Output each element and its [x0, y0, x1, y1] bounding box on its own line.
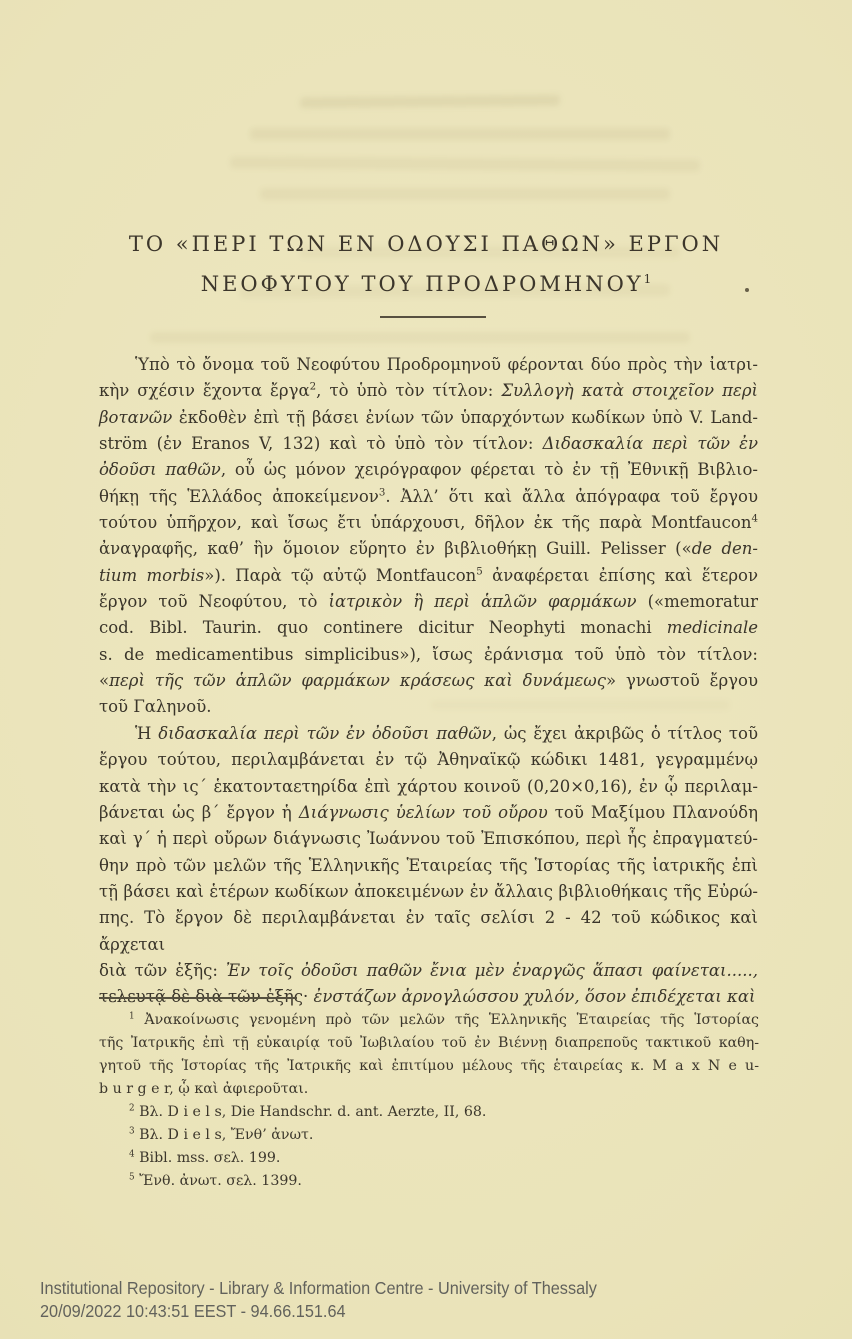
text-line: διὰ τῶν ἑξῆς: Ἐν τοῖς ὀδοῦσι παθῶν ἔνια …: [99, 958, 758, 984]
text-line: βοτανῶν ἐκδοθὲν ἐπὶ τῇ βάσει ἐνίων τῶν ὑ…: [99, 405, 758, 431]
text-line: ἀναγραφῆς, καθ’ ἣν ὅμοιον εὕρητο ἐν βιβλ…: [99, 536, 758, 562]
text-line: «περὶ τῆς τῶν ἁπλῶν φαρμάκων κράσεως καὶ…: [99, 668, 758, 694]
text-line: Ὑπὸ τὸ ὄνομα τοῦ Νεοφύτου Προδρομηνοῦ φέ…: [99, 352, 758, 378]
text-line: τῆς Ἰατρικῆς ἐπὶ τῇ εὐκαιρίᾳ τοῦ Ἰωβιλαί…: [99, 1032, 759, 1055]
text-line: βάνεται ὡς β΄ ἔργον ἡ Διάγνωσις ὑελίων τ…: [99, 800, 758, 826]
repository-stamp-line-2: 20/09/2022 10:43:51 EEST - 94.66.151.64: [40, 1300, 597, 1323]
text-line: τοῦ Γαληνοῦ.: [99, 694, 758, 720]
text-line: 4 Bibl. mss. σελ. 199.: [99, 1147, 759, 1170]
footnotes: 1 Ἀνακοίνωσις γενομένη πρὸ τῶν μελῶν τῆς…: [99, 1009, 759, 1193]
text-line: cod. Bibl. Taurin. quo continere dicitur…: [99, 615, 758, 641]
scanned-document-page: ΤΟ «ΠΕΡΙ ΤΩΝ ΕΝ ΟΔΟΥΣΙ ΠΑΘΩΝ» ΕΡΓΟΝ ΝΕΟΦ…: [0, 0, 852, 1339]
text-line: ström (ἐν Eranos V, 132) καὶ τὸ ὑπὸ τὸν …: [99, 431, 758, 457]
text-line: b u r g e r, ᾧ καὶ ἀφιεροῦται.: [99, 1078, 759, 1101]
article-title-line-1: ΤΟ «ΠΕΡΙ ΤΩΝ ΕΝ ΟΔΟΥΣΙ ΠΑΘΩΝ» ΕΡΓΟΝ: [96, 224, 756, 264]
text-line: 2 Βλ. D i e l s, Die Handschr. d. ant. A…: [99, 1101, 759, 1124]
text-line: καὶ γ΄ ἡ περὶ οὔρων διάγνωσις Ἰωάννου το…: [99, 826, 758, 852]
article-title-line-2: ΝΕΟΦΥΤΟΥ ΤΟΥ ΠΡΟΔΡΟΜΗΝΟΥ1: [96, 264, 756, 304]
repository-stamp: Institutional Repository - Library & Inf…: [40, 1277, 597, 1323]
text-line: θην πρὸ τῶν μελῶν τῆς Ἑλληνικῆς Ἑταιρεία…: [99, 853, 758, 879]
text-line: κὴν σχέσιν ἔχοντα ἔργα2, τὸ ὑπὸ τὸν τίτλ…: [99, 378, 758, 404]
article-title-text-2: ΝΕΟΦΥΤΟΥ ΤΟΥ ΠΡΟΔΡΟΜΗΝΟΥ: [201, 272, 644, 296]
text-line: Ἡ διδασκαλία περὶ τῶν ἐν ὀδοῦσι παθῶν, ὡ…: [99, 721, 758, 747]
body-text: Ὑπὸ τὸ ὄνομα τοῦ Νεοφύτου Προδρομηνοῦ φέ…: [99, 352, 758, 1011]
text-line: γητοῦ τῆς Ἱστορίας τῆς Ἰατρικῆς καὶ ἐπιτ…: [99, 1055, 759, 1078]
text-line: πης. Τὸ ἔργον δὲ περιλαμβάνεται ἐν ταῖς …: [99, 905, 758, 958]
text-line: tium morbis»). Παρὰ τῷ αὐτῷ Montfaucon5 …: [99, 563, 758, 589]
text-line: θήκῃ τῆς Ἑλλάδος ἀποκείμενον3. Ἀλλ’ ὅτι …: [99, 484, 758, 510]
text-line: ἔργον τοῦ Νεοφύτου, τὸ ἰατρικὸν ἢ περὶ ἁ…: [99, 589, 758, 615]
title-separator-rule: [380, 316, 486, 318]
article-title-text-1: ΤΟ «ΠΕΡΙ ΤΩΝ ΕΝ ΟΔΟΥΣΙ ΠΑΘΩΝ» ΕΡΓΟΝ: [129, 232, 723, 256]
text-line: τούτου ὑπῆρχον, καὶ ἴσως ἔτι ὑπάρχουσι, …: [99, 510, 758, 536]
text-line: κατὰ τὴν ις΄ ἑκατονταετηρίδα ἐπὶ χάρτου …: [99, 774, 758, 800]
text-line: ἔργου τούτου, περιλαμβάνεται ἐν τῷ Ἀθηνα…: [99, 747, 758, 773]
text-line: 5 Ἔνθ. ἀνωτ. σελ. 1399.: [99, 1170, 759, 1193]
title-footnote-reference: 1: [644, 272, 652, 286]
footnote-separator-rule: [99, 997, 297, 999]
text-line: τῇ βάσει καὶ ἑτέρων κωδίκων ἀποκειμένων …: [99, 879, 758, 905]
text-line: 1 Ἀνακοίνωσις γενομένη πρὸ τῶν μελῶν τῆς…: [99, 1009, 759, 1032]
repository-stamp-line-1: Institutional Repository - Library & Inf…: [40, 1277, 597, 1300]
text-line: s. de medicamentibus simplicibus»), ἴσως…: [99, 642, 758, 668]
text-line: ὀδοῦσι παθῶν, οὗ ὡς μόνον χειρόγραφον φέ…: [99, 457, 758, 483]
text-line: 3 Βλ. D i e l s, Ἔνθ’ ἀνωτ.: [99, 1124, 759, 1147]
article-title: ΤΟ «ΠΕΡΙ ΤΩΝ ΕΝ ΟΔΟΥΣΙ ΠΑΘΩΝ» ΕΡΓΟΝ ΝΕΟΦ…: [96, 224, 756, 304]
